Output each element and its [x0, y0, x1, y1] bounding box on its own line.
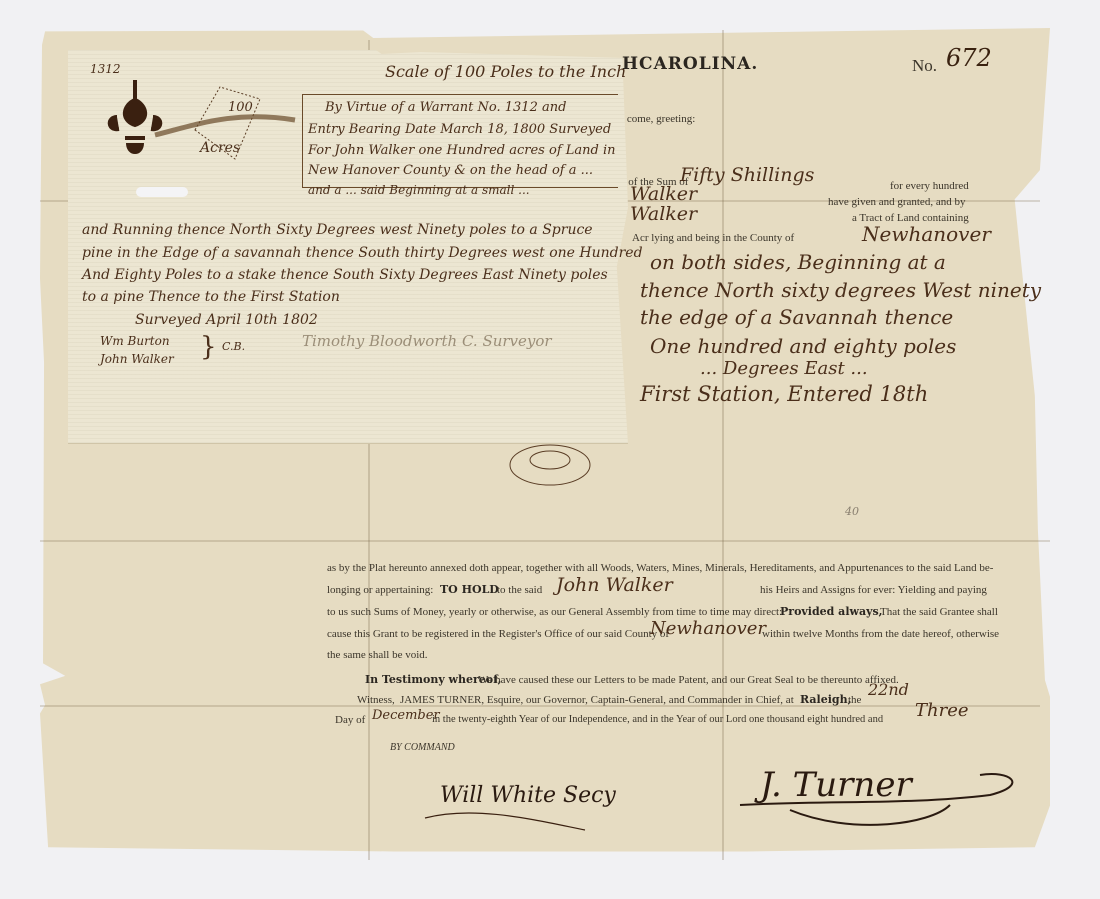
paper-hole: [136, 187, 188, 197]
chain-carriers-note: C.B.: [222, 340, 245, 353]
body-line-3-prefix: to us such Sums of Money, yearly or othe…: [327, 606, 782, 618]
survey-line: to a pine Thence to the First Station: [82, 289, 340, 305]
per-hundred: for every hundred: [890, 180, 969, 192]
witness-prefix: Witness,: [357, 694, 395, 706]
scale-note: Scale of 100 Poles to the Inch: [385, 62, 626, 81]
survey-line: pine in the Edge of a savannah thence So…: [82, 245, 643, 261]
county-value: Newhanover: [862, 222, 991, 246]
year-text: in the twenty-eighth Year of our Indepen…: [432, 714, 883, 725]
survey-line: and a ... said Beginning at a small ...: [308, 183, 530, 197]
survey-line: and Running thence North Sixty Degrees w…: [82, 222, 593, 238]
plat-map: [95, 55, 305, 195]
day-value: 22nd: [868, 680, 909, 699]
governor-flourish: [730, 765, 1030, 845]
body-line-4-prefix: cause this Grant to be registered in the…: [327, 628, 669, 640]
day-of: Day of: [335, 714, 365, 726]
sum-value: Fifty Shillings: [680, 164, 814, 186]
grant-number: 672: [946, 44, 992, 72]
grant-number-label: No.: [912, 56, 937, 76]
survey-line: For John Walker one Hundred acres of Lan…: [308, 143, 616, 158]
place: Raleigh,: [800, 693, 851, 706]
grantee-line1: Walker: [630, 183, 697, 205]
body-line-2-mid: to the said: [497, 584, 542, 596]
header-title: HCAROLINA.: [622, 54, 758, 74]
provided-always: Provided always,: [780, 605, 883, 618]
description-line: ... Degrees East ...: [700, 358, 868, 379]
greeting-fragment: ll come, greeting:: [618, 113, 695, 125]
grantee-name: John Walker: [556, 574, 673, 596]
chain-carriers-brace: }: [200, 332, 217, 362]
survey-line: And Eighty Poles to a stake thence South…: [82, 267, 608, 283]
body-line-5: the same shall be void.: [327, 649, 428, 661]
chain-carrier: Wm Burton: [100, 334, 170, 348]
to-hold: TO HOLD: [440, 583, 499, 596]
ink-flourish: [505, 440, 595, 490]
pencil-note: 40: [845, 505, 859, 518]
fold-line: [722, 30, 724, 860]
document-photo: HCAROLINA. No. 672 ll come, greeting: n …: [0, 0, 1100, 899]
surveyed-date: Surveyed April 10th 1802: [135, 312, 318, 328]
survey-line: By Virtue of a Warrant No. 1312 and: [325, 100, 566, 115]
description-line: thence North sixty degrees West ninety: [640, 278, 1041, 302]
grantee-line2: Walker: [630, 203, 697, 225]
survey-line: New Hanover County & on the head of a ..…: [308, 163, 593, 178]
map-acreage: 100: [228, 100, 253, 115]
month-value: December: [372, 708, 440, 723]
body-line: as by the Plat hereunto annexed doth app…: [327, 562, 993, 574]
surveyor-signature: Timothy Bloodworth C. Surveyor: [302, 332, 552, 350]
body-line-3-suffix: That the said Grantee shall: [880, 606, 998, 618]
the-word: the: [848, 694, 861, 706]
fold-line: [40, 540, 1050, 542]
description-line: First Station, Entered 18th: [640, 382, 928, 406]
description-line: One hundred and eighty poles: [650, 334, 956, 358]
testimony-text: We have caused these our Letters to be m…: [478, 674, 899, 686]
secretary-flourish: [415, 800, 595, 840]
survey-line: Entry Bearing Date March 18, 1800 Survey…: [308, 122, 611, 137]
body-line-2-prefix: longing or appertaining:: [327, 584, 433, 596]
body-line-4-suffix: within twelve Months from the date hereo…: [762, 628, 999, 640]
body-county: Newhanover: [650, 618, 766, 639]
description-line: the edge of a Savannah thence: [640, 305, 953, 329]
chain-carrier: John Walker: [100, 352, 174, 366]
by-command: BY COMMAND: [390, 742, 455, 753]
year-value: Three: [915, 700, 969, 721]
body-line-2-suffix: his Heirs and Assigns for ever: Yielding…: [760, 584, 987, 596]
witness-text: JAMES TURNER, Esquire, our Governor, Cap…: [400, 694, 794, 706]
county-prefix: Acr lying and being in the County of: [632, 232, 794, 244]
given-granted: have given and granted, and by: [828, 196, 965, 208]
description-line: on both sides, Beginning at a: [650, 250, 946, 274]
map-acreage-unit: Acres: [200, 140, 240, 156]
